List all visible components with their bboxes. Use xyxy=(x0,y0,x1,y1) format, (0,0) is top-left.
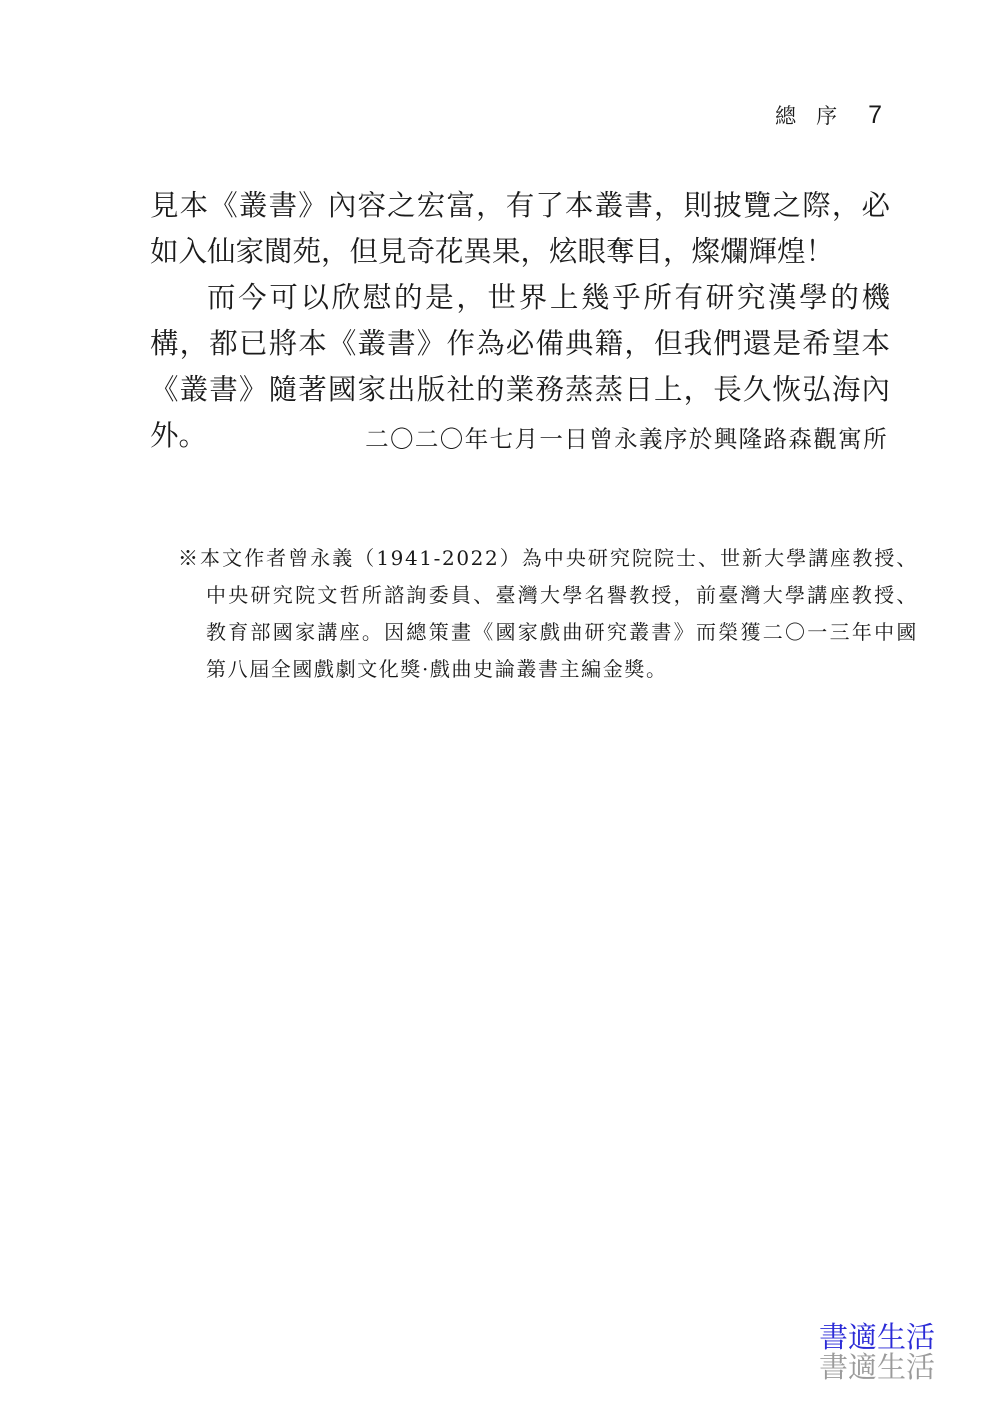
page-number: 7 xyxy=(868,101,882,129)
section-title: 總序 xyxy=(775,104,857,128)
signature-line: 二〇二〇年七月一日曾永義序於興隆路森觀寓所 xyxy=(365,420,888,454)
watermark-line-gray: 書適生活 xyxy=(819,1352,935,1382)
body-text: 見本《叢書》內容之宏富，有了本叢書，則披覽之際，必如入仙家閬苑，但見奇花異果，炫… xyxy=(150,183,890,459)
author-note: ※本文作者曾永義（1941-2022）為中央研究院院士、世新大學講座教授、中央研… xyxy=(178,540,918,688)
watermark-line-blue: 書適生活 xyxy=(819,1322,935,1352)
running-header: 總序 7 xyxy=(775,100,882,130)
watermark: 書適生活 書適生活 xyxy=(819,1322,935,1382)
paragraph: 見本《叢書》內容之宏富，有了本叢書，則披覽之際，必如入仙家閬苑，但見奇花異果，炫… xyxy=(150,183,890,275)
